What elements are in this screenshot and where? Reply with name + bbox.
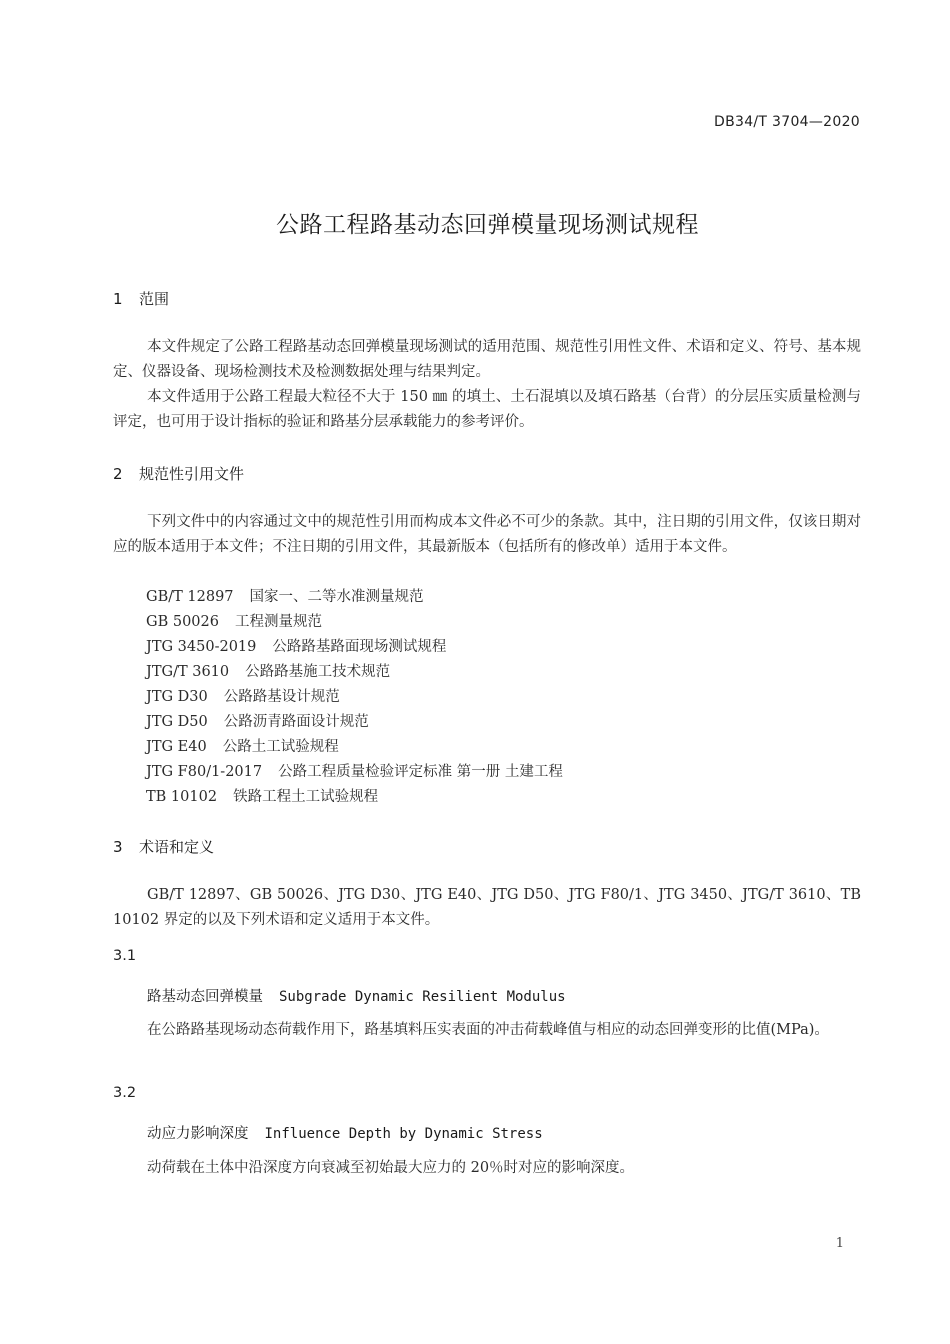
section-title: 术语和定义 — [139, 838, 214, 856]
term-chinese: 动应力影响深度 — [147, 1126, 249, 1142]
section-number: 2 — [113, 465, 139, 483]
section-number: 1 — [113, 290, 139, 308]
clause-number: 3.1 — [113, 948, 136, 964]
reference-item: GB 50026工程测量规范 — [146, 610, 563, 635]
reference-list: GB/T 12897国家一、二等水准测量规范 GB 50026工程测量规范 JT… — [146, 585, 563, 810]
scope-paragraph-1: 本文件规定了公路工程路基动态回弹模量现场测试的适用范围、规范性引用性文件、术语和… — [113, 335, 861, 385]
term-definition: 动荷载在土体中沿深度方向衰减至初始最大应力的 20％时对应的影响深度。 — [113, 1156, 861, 1181]
page-number: 1 — [836, 1236, 844, 1251]
scope-paragraph-2: 本文件适用于公路工程最大粒径不大于 150 ㎜ 的填土、土石混填以及填石路基（台… — [113, 385, 861, 435]
reference-item: JTG D50公路沥青路面设计规范 — [146, 710, 563, 735]
reference-item: JTG/T 3610公路路基施工技术规范 — [146, 660, 563, 685]
term-english: Subgrade Dynamic Resilient Modulus — [279, 989, 566, 1005]
reference-item: TB 10102铁路工程土工试验规程 — [146, 785, 563, 810]
section-number: 3 — [113, 838, 139, 856]
references-intro-paragraph: 下列文件中的内容通过文中的规范性引用而构成本文件必不可少的条款。其中，注日期的引… — [113, 510, 861, 560]
clause-number: 3.2 — [113, 1085, 136, 1101]
document-page: DB34/T 3704—2020 公路工程路基动态回弹模量现场测试规程 1范围 … — [0, 0, 950, 1344]
document-code: DB34/T 3704—2020 — [714, 114, 860, 130]
document-title: 公路工程路基动态回弹模量现场测试规程 — [0, 206, 950, 239]
section-title: 范围 — [139, 290, 169, 308]
section-title: 规范性引用文件 — [139, 465, 244, 483]
reference-item: JTG 3450-2019公路路基路面现场测试规程 — [146, 635, 563, 660]
reference-item: JTG E40公路土工试验规程 — [146, 735, 563, 760]
reference-item: JTG D30公路路基设计规范 — [146, 685, 563, 710]
section-heading-scope: 1范围 — [113, 288, 169, 309]
section-heading-terms-definitions: 3术语和定义 — [113, 836, 214, 857]
term-heading: 路基动态回弹模量Subgrade Dynamic Resilient Modul… — [147, 985, 566, 1006]
reference-item: JTG F80/1-2017公路工程质量检验评定标准 第一册 土建工程 — [146, 760, 563, 785]
terms-intro-paragraph: GB/T 12897、GB 50026、JTG D30、JTG E40、JTG … — [113, 883, 861, 933]
term-definition: 在公路路基现场动态荷载作用下，路基填料压实表面的冲击荷载峰值与相应的动态回弹变形… — [113, 1018, 861, 1043]
term-chinese: 路基动态回弹模量 — [147, 989, 263, 1005]
section-heading-normative-references: 2规范性引用文件 — [113, 463, 244, 484]
term-english: Influence Depth by Dynamic Stress — [265, 1126, 543, 1142]
reference-item: GB/T 12897国家一、二等水准测量规范 — [146, 585, 563, 610]
term-heading: 动应力影响深度Influence Depth by Dynamic Stress — [147, 1122, 543, 1143]
